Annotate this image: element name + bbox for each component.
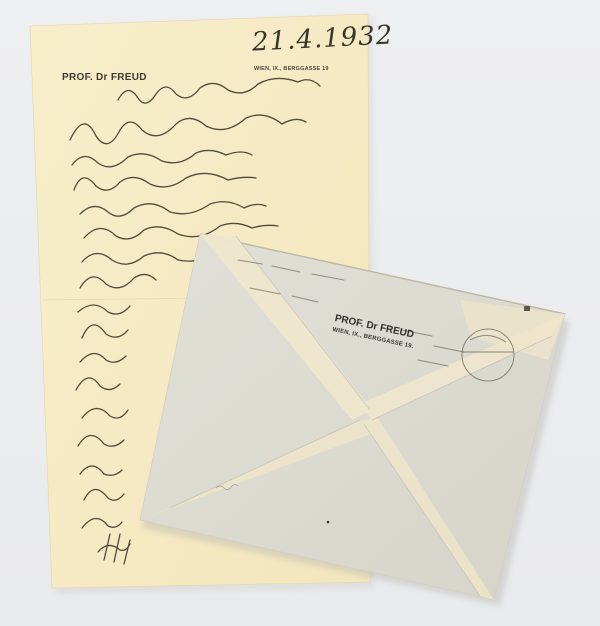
ink-dot	[327, 521, 330, 524]
stamp-mark-icon	[524, 306, 530, 311]
letterhead-address: WIEN, IX., BERGGASSE 19	[254, 66, 329, 72]
letterhead-name: PROF. Dr FREUD	[62, 72, 147, 83]
scene	[0, 0, 600, 626]
